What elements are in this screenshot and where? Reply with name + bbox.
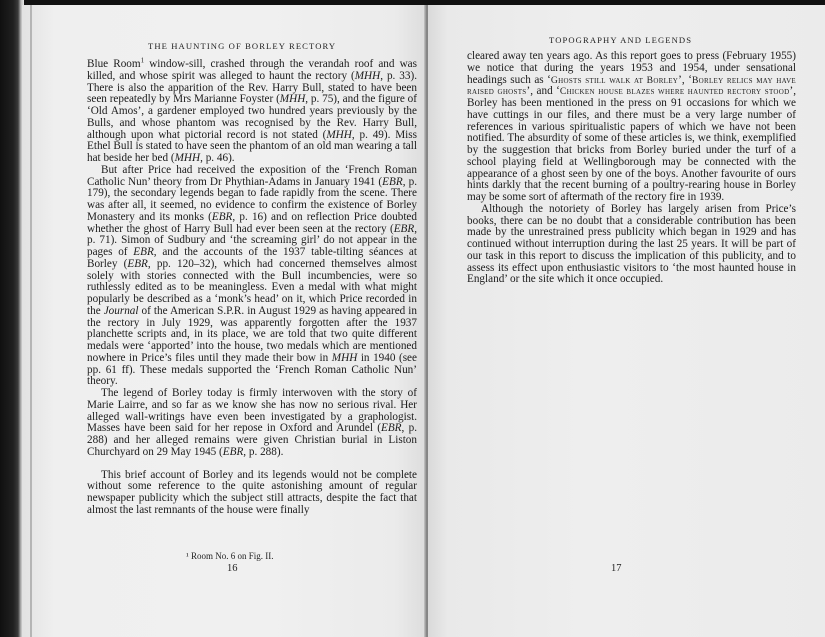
text: ’, ‘	[678, 74, 692, 86]
page-number-right: 17	[611, 563, 622, 574]
citation-abbrev: EBR	[394, 223, 415, 235]
citation-abbrev: EBR	[133, 246, 154, 258]
citation-abbrev: MHH	[332, 352, 357, 364]
book-spread: THE HAUNTING OF BORLEY RECTORY Blue Room…	[0, 0, 825, 637]
left-running-head: THE HAUNTING OF BORLEY RECTORY	[148, 41, 336, 51]
footnote: ¹ Room No. 6 on Fig. II.	[186, 551, 273, 561]
paragraph: But after Price had received the exposit…	[87, 165, 417, 388]
paragraph: The legend of Borley today is firmly int…	[87, 388, 417, 459]
book-spine-edge	[0, 0, 24, 637]
text: Blue Room	[87, 58, 141, 70]
paragraph: Blue Room1 window-sill, crashed through …	[87, 59, 417, 165]
page-number-left: 16	[227, 563, 238, 574]
newspaper-headline: Chicken house blazes where haunted recto…	[560, 86, 790, 97]
citation-abbrev: EBR	[212, 211, 233, 223]
text: , p. 46).	[200, 152, 235, 164]
paragraph: Although the notoriety of Borley has lar…	[467, 204, 796, 286]
citation-abbrev: MHH	[355, 70, 380, 82]
paragraph: This brief account of Borley and its leg…	[87, 470, 417, 517]
left-page-body: Blue Room1 window-sill, crashed through …	[87, 59, 417, 517]
journal-title: Journal	[104, 305, 139, 317]
newspaper-headline: Ghosts still walk at Borley	[551, 75, 678, 86]
text: The legend of Borley today is firmly int…	[87, 387, 417, 434]
citation-abbrev: EBR	[381, 422, 402, 434]
text: ’, and ‘	[527, 85, 560, 97]
citation-abbrev: MHH	[280, 93, 305, 105]
paragraph: cleared away ten years ago. As this repo…	[467, 51, 796, 204]
text: , p. 288).	[243, 446, 283, 458]
right-running-head: TOPOGRAPHY AND LEGENDS	[549, 35, 692, 45]
left-page-fold	[30, 5, 32, 637]
text: But after Price had received the exposit…	[87, 164, 417, 188]
citation-abbrev: MHH	[326, 129, 351, 141]
text: ’, Borley has been mentioned in the pres…	[467, 85, 796, 203]
citation-abbrev: EBR	[382, 176, 403, 188]
citation-abbrev: EBR	[127, 258, 148, 270]
citation-abbrev: EBR	[223, 446, 244, 458]
right-page-body: cleared away ten years ago. As this repo…	[467, 51, 796, 286]
citation-abbrev: MHH	[175, 152, 200, 164]
